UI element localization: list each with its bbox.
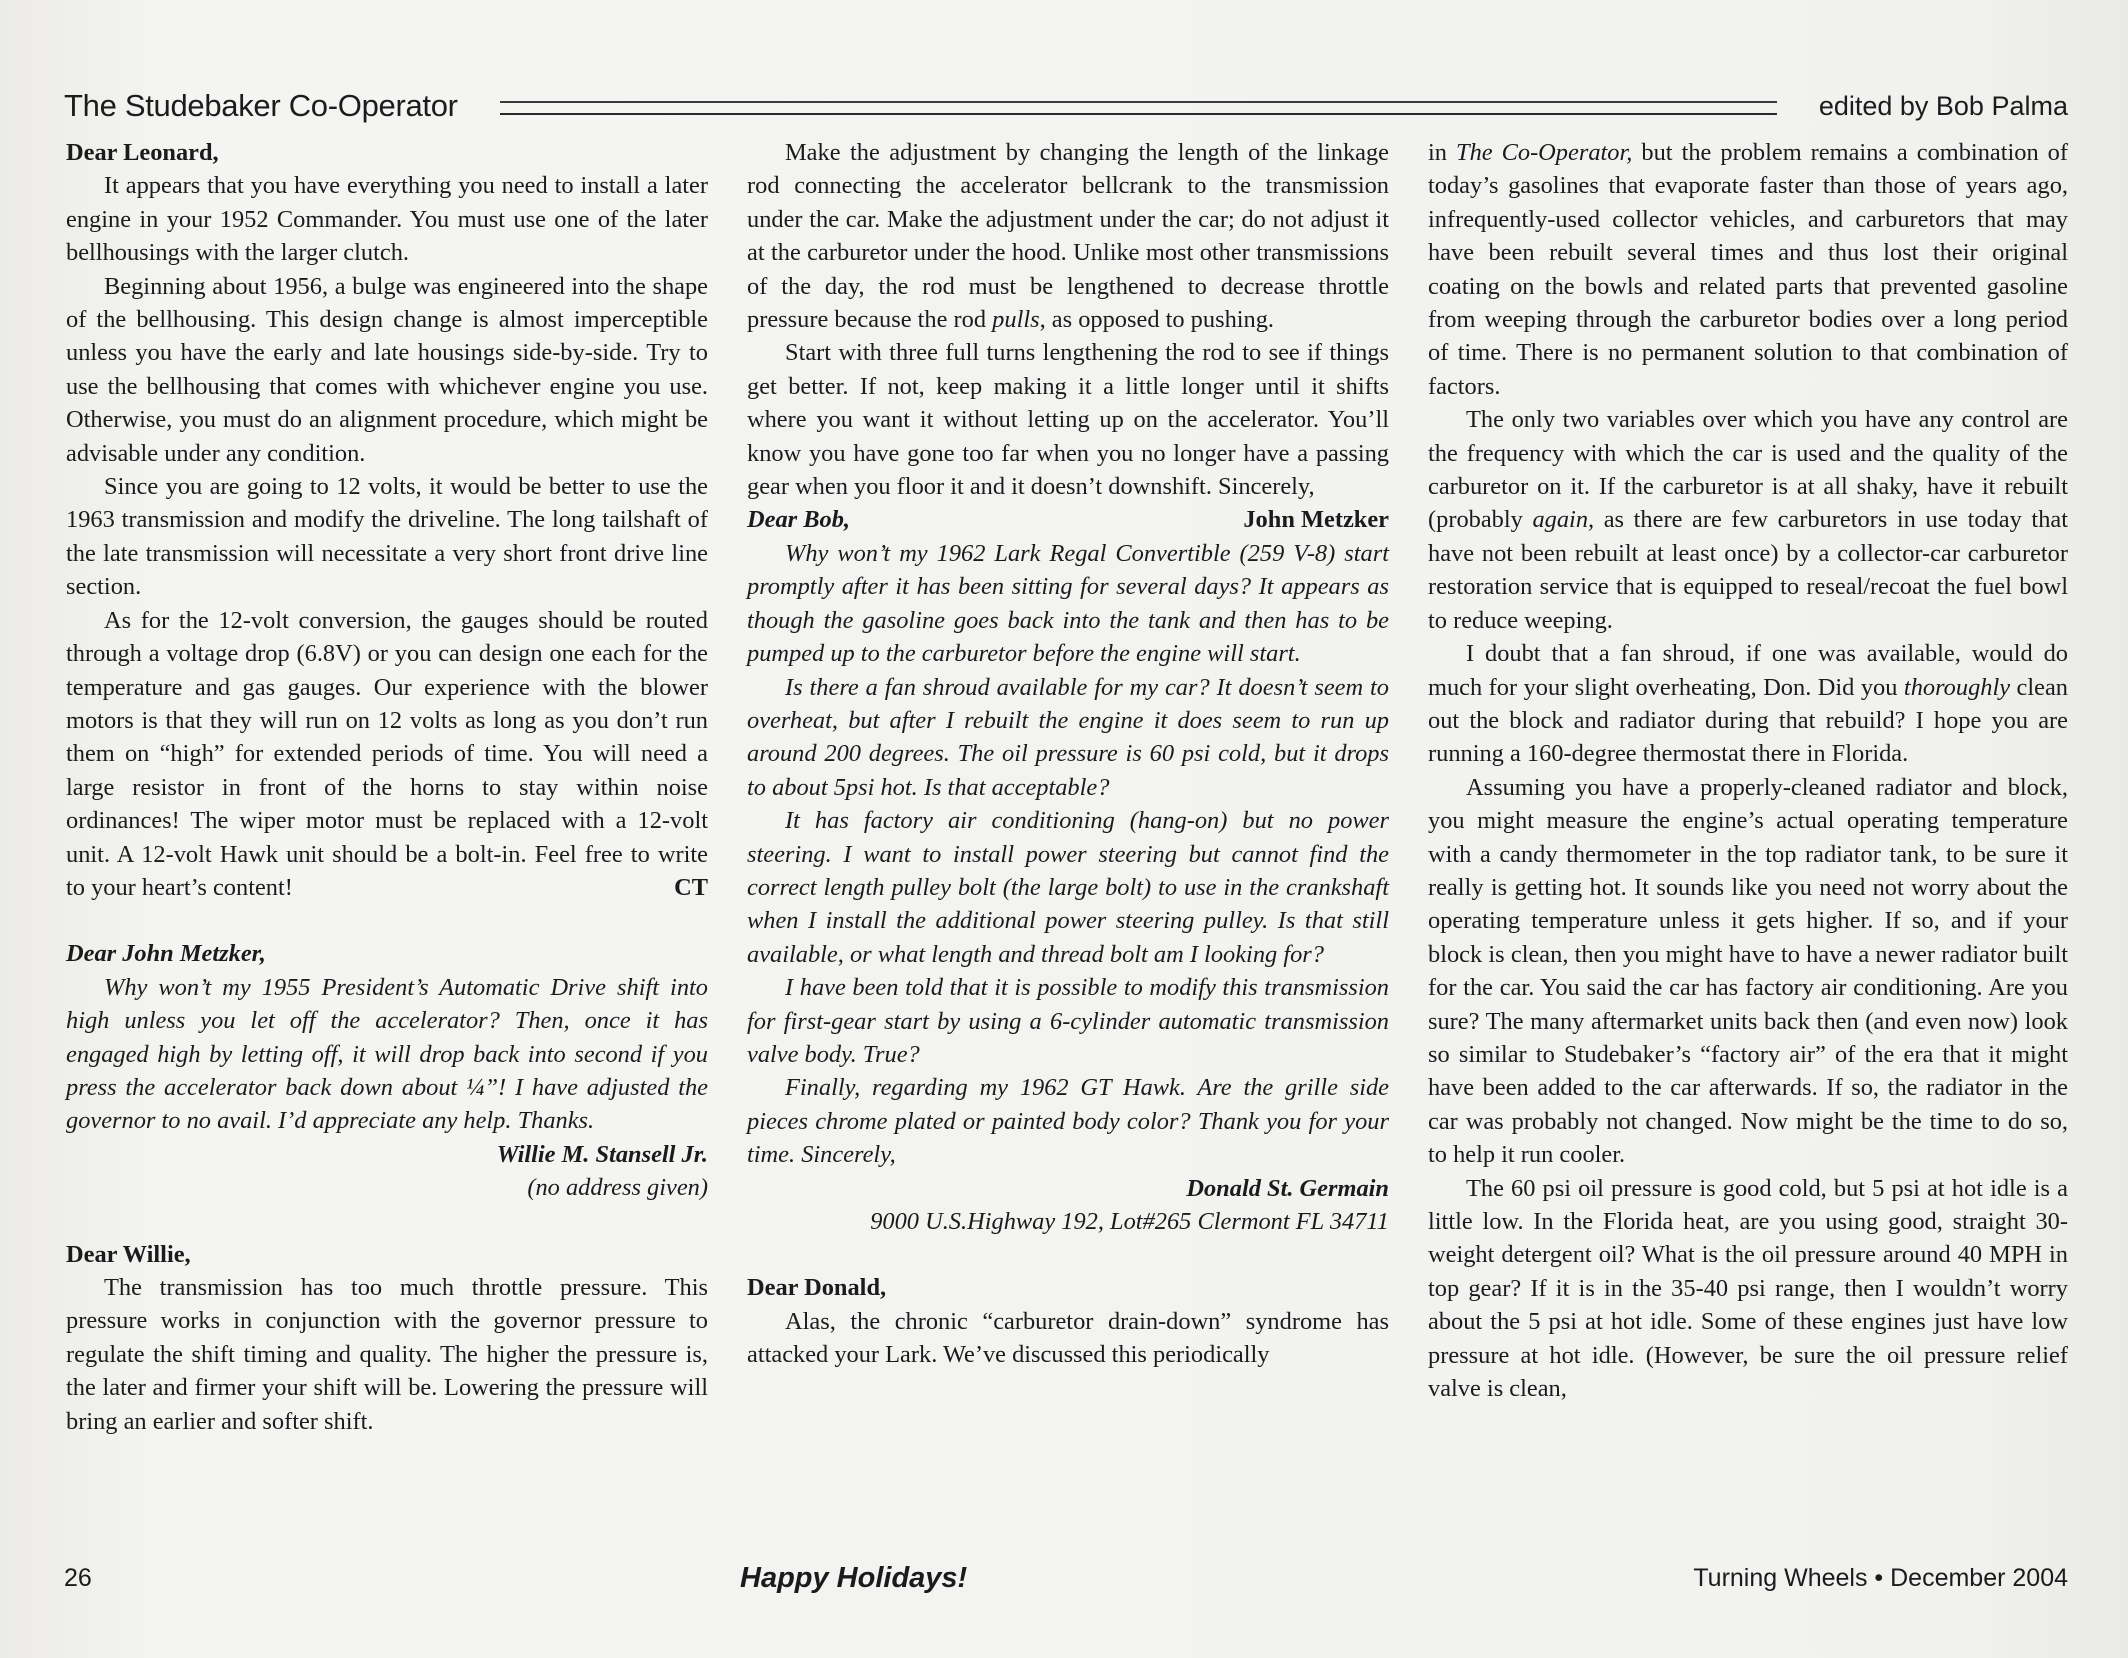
paragraph-text: As for the 12-volt conversion, the gauge… xyxy=(66,607,708,901)
question-paragraph: It has factory air conditioning (hang-on… xyxy=(747,804,1389,971)
reply-to-willie-continued: Make the adjustment by changing the leng… xyxy=(747,136,1389,503)
spacer xyxy=(66,1205,708,1238)
column-title: The Studebaker Co-Operator xyxy=(64,88,458,124)
letter-from-donald: Dear Bob, Why won’t my 1962 Lark Regal C… xyxy=(747,503,1389,1238)
column-3: in The Co-Operator, but the problem rema… xyxy=(1428,136,2068,1405)
paragraph: Start with three full turns lengthening … xyxy=(747,336,1389,503)
paragraph: Beginning about 1956, a bulge was engine… xyxy=(66,270,708,470)
question-paragraph: Why won’t my 1962 Lark Regal Convertible… xyxy=(747,537,1389,671)
page-footer: 26 Happy Holidays! Turning Wheels • Dece… xyxy=(64,1564,2068,1598)
paragraph: Assuming you have a properly-cleaned rad… xyxy=(1428,771,2068,1172)
question-paragraph: Finally, regarding my 1962 GT Hawk. Are … xyxy=(747,1071,1389,1171)
spacer xyxy=(66,904,708,937)
emphasis: thoroughly xyxy=(1904,674,2010,701)
paragraph: The transmission has too much throttle p… xyxy=(66,1271,708,1438)
salutation: Dear Donald, xyxy=(747,1271,1389,1304)
paragraph: As for the 12-volt conversion, the gauge… xyxy=(66,604,708,905)
salutation: Dear Leonard, xyxy=(66,136,708,169)
signature: Willie M. Stansell Jr. xyxy=(66,1138,708,1171)
publication-issue: Turning Wheels • December 2004 xyxy=(1693,1564,2068,1593)
paragraph: The only two variables over which you ha… xyxy=(1428,403,2068,637)
editor-credit: edited by Bob Palma xyxy=(1819,91,2068,122)
spacer xyxy=(747,1238,1389,1271)
paragraph: Alas, the chronic “carburetor drain-down… xyxy=(747,1305,1389,1372)
reply-to-willie: Dear Willie, The transmission has too mu… xyxy=(66,1238,708,1438)
text: in xyxy=(1428,139,1456,166)
signature: John Metzker xyxy=(1205,503,1389,536)
column-2: Make the adjustment by changing the leng… xyxy=(747,136,1389,1372)
paragraph: Since you are going to 12 volts, it woul… xyxy=(66,470,708,604)
holiday-banner: Happy Holidays! xyxy=(740,1562,967,1595)
publication-title: The Co-Operator, xyxy=(1456,139,1632,166)
salutation: Dear Willie, xyxy=(66,1238,708,1271)
text: Make the adjustment by changing the leng… xyxy=(747,139,1389,333)
paragraph: The 60 psi oil pressure is good cold, bu… xyxy=(1428,1172,2068,1406)
reply-to-leonard: Dear Leonard, It appears that you have e… xyxy=(66,136,708,904)
address: 9000 U.S.Highway 192, Lot#265 Clermont F… xyxy=(747,1205,1389,1238)
header-double-rule xyxy=(500,101,1777,115)
emphasis: again, xyxy=(1532,506,1594,533)
reply-to-donald: Dear Donald, Alas, the chronic “carburet… xyxy=(747,1271,1389,1371)
question-paragraph: Is there a fan shroud available for my c… xyxy=(747,671,1389,805)
letter-from-willie: Dear John Metzker, Why won’t my 1955 Pre… xyxy=(66,937,708,1204)
paragraph: Make the adjustment by changing the leng… xyxy=(747,136,1389,336)
text: , as opposed to pushing. xyxy=(1040,306,1274,333)
address: (no address given) xyxy=(66,1171,708,1204)
question-text: Why won’t my 1955 President’s Automatic … xyxy=(66,971,708,1138)
signature: CT xyxy=(636,871,708,904)
paragraph: in The Co-Operator, but the problem rema… xyxy=(1428,136,2068,403)
emphasis: pulls xyxy=(992,306,1039,333)
paragraph: It appears that you have everything you … xyxy=(66,169,708,269)
signature: Donald St. Germain xyxy=(747,1172,1389,1205)
text: Start with three full turns lengthening … xyxy=(747,339,1389,500)
text: but the problem remains a combination of… xyxy=(1428,139,2068,400)
paragraph: I doubt that a fan shroud, if one was av… xyxy=(1428,637,2068,771)
page-header: The Studebaker Co-Operator edited by Bob… xyxy=(64,86,2068,126)
salutation: Dear John Metzker, xyxy=(66,937,708,970)
column-1: Dear Leonard, It appears that you have e… xyxy=(66,136,708,1438)
question-paragraph: I have been told that it is possible to … xyxy=(747,971,1389,1071)
magazine-page: The Studebaker Co-Operator edited by Bob… xyxy=(0,0,2128,1658)
page-number: 26 xyxy=(64,1564,92,1593)
